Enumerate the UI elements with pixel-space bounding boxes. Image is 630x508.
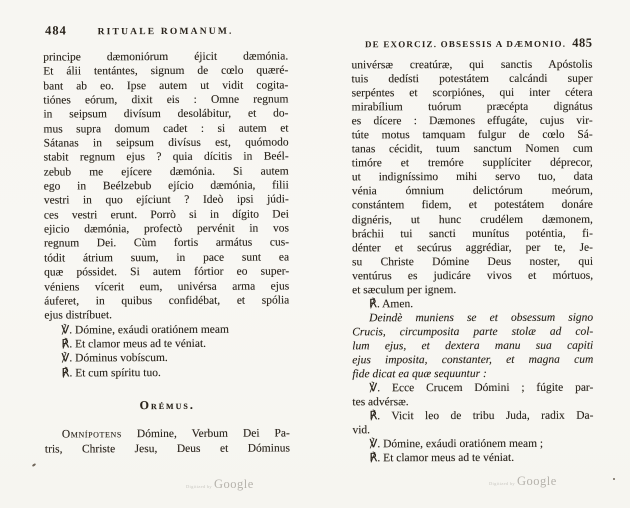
versicle-block-left: ℣. Dómine, exáudi oratiónem meam ℟. Et c…	[44, 322, 289, 380]
text-line: tuis dedísti potestátem calcándi super	[352, 72, 593, 87]
gospel-paragraph: principe dæmoniórum éjicit dæmónia. Et á…	[43, 49, 289, 323]
prayer-continuation-paragraph: univérsæ creatúræ, qui sanctis Apóstolis…	[351, 58, 593, 297]
versicle-line: ℣. Dómine, exáudi oratiónem meam ;	[352, 437, 593, 452]
prayer-incipit: Omnípotens	[62, 428, 122, 440]
text-line: univérsæ creatúræ, qui sanctis Apóstolis	[351, 58, 592, 73]
page-right-header: DE EXORCIZ. OBSESSIS A DÆMONIO.485	[351, 36, 592, 50]
rubric-paragraph: Deindè muniens se et obsessum signo Cruc…	[352, 311, 593, 382]
text-line: es dícere : Dæmones effugáte, cujus vir-	[352, 114, 593, 129]
text-line: timóre et tremóre supplíciter déprecor,	[352, 156, 593, 171]
text-line: zebub me ejícere dæmónia. Si autem	[44, 164, 289, 179]
google-logo: Google	[517, 474, 557, 489]
book-scan: 484 RITUALE ROMANUM. principe dæmoniórum…	[0, 0, 630, 508]
text-line: Sátanas in seipsum divísus est, quómodo	[44, 136, 289, 151]
watermark-prefix: Digitized by	[186, 484, 212, 489]
page-number-right: 485	[572, 36, 592, 50]
ink-speck	[32, 463, 36, 467]
text-line: véniens vícerit eum, univérsa arma ejus	[44, 279, 289, 294]
page-left: 484 RITUALE ROMANUM. principe dæmoniórum…	[43, 23, 290, 456]
rubric-line: fide dicat ea quæ sequuntur :	[352, 367, 593, 382]
text-line: Omnípotens Dómine, Verbum Dei Pa-	[45, 426, 290, 442]
text-line: in seipsum divísum desolábitur, et do-	[43, 107, 288, 122]
amen-response-line: ℟. Amen.	[352, 296, 593, 311]
ink-speck	[613, 478, 615, 480]
text-line: et sæculum per ignem.	[352, 282, 593, 297]
text-line: quæ póssidet. Si autem fórtior eo super-	[44, 265, 289, 280]
text-line: tiónes eórum, dixit eis : Omne regnum	[43, 92, 288, 107]
text-line: áuferet, in quibus confidébat, et spólia	[44, 293, 289, 308]
oremus-heading: Orémus.	[45, 397, 290, 413]
rubric-line: ejus imposita, constanter, et magna cum	[352, 353, 593, 368]
google-watermark: Digitized by Google	[186, 477, 254, 492]
google-watermark: Digitized by Google	[489, 474, 557, 489]
response-line: ℟. Et clamor meus ad te véniat.	[353, 451, 594, 466]
text-line: vestri in quo ejíciunt ? Ideò ipsi júdi-	[44, 193, 289, 208]
google-logo: Google	[214, 477, 254, 492]
rubric-line: Deindè muniens se et obsessum signo	[352, 311, 593, 326]
running-title-left: RITUALE ROMANUM.	[43, 23, 288, 37]
versicle-line: ℣. Dóminus vobíscum.	[44, 351, 289, 366]
rubric-line: Crucis, circumposita parte stolæ ad col-	[352, 325, 593, 340]
page-left-header: 484 RITUALE ROMANUM.	[43, 23, 288, 38]
text-line: ces vestri erunt. Porrò si in dígito Dei	[44, 207, 289, 222]
text-line: ventúrus es judicáre vivos et mórtuos,	[352, 268, 593, 283]
text-line: su Christe Dómine Deus noster, qui	[352, 254, 593, 269]
text-line: dénter et secúrus aggrédiar, per te, Je-	[352, 240, 593, 255]
response-line: ℟. Vicit leo de tribu Juda, radix Da-	[352, 409, 593, 424]
watermark-prefix: Digitized by	[489, 481, 515, 486]
text-line: bráchii tui sancti munítus poténtia, fi-	[352, 226, 593, 241]
text-line: ejicio dæmónia, profectò pervénit in vos	[44, 222, 289, 237]
versicle-line: ℣. Ecce Crucem Dómini ; fúgite par-	[352, 381, 593, 396]
page-right: DE EXORCIZ. OBSESSIS A DÆMONIO.485 univé…	[351, 36, 593, 466]
versicle-line: ℣. Dómine, exáudi oratiónem meam	[44, 322, 289, 337]
text-line: mirabílium tuórum præcépta dignátus	[352, 100, 593, 115]
text-line: bant ab eo. Ipse autem ut vidit cogita-	[43, 78, 288, 93]
text-line: principe dæmoniórum éjicit dæmónia.	[43, 49, 288, 64]
text-line: túte motus tamquam fulgur de cœlo Sá-	[352, 128, 593, 143]
response-line: ℟. Et cum spíritu tuo.	[45, 365, 290, 380]
response-line: ℟. Et clamor meus ad te véniat.	[44, 336, 289, 351]
running-title-right: DE EXORCIZ. OBSESSIS A DÆMONIO.	[365, 39, 566, 50]
rubric-line: lum ejus, et dextera manu sua capiti	[352, 339, 593, 354]
text-line: serpéntes et scorpiónes, qui inter céter…	[352, 86, 593, 101]
text-line: constántem fidem, et potestátem donáre	[352, 198, 593, 213]
text-line: stabit regnum ejus ? quia dícitis in Beé…	[44, 150, 289, 165]
text-line: ego in Beélzebub ejício dæmónia, filii	[44, 179, 289, 194]
text-line: Et álii tentántes, signum de cœlo quæré-	[43, 64, 288, 79]
versicle-block-right: ℣. Ecce Crucem Dómini ; fúgite par- tes …	[352, 381, 593, 466]
text-line: tanas cécidit, tuum sanctum Nomen cum	[352, 142, 593, 157]
text-line: tris, Christe Jesu, Deus et Dóminus	[45, 441, 290, 457]
page-number-left: 484	[45, 23, 67, 38]
prayer-line-rest: Dómine, Verbum Dei Pa-	[122, 427, 290, 440]
response-line: vid.	[352, 423, 593, 438]
versicle-line: tes advérsæ.	[352, 395, 593, 410]
text-line: dignéris, ut hunc crudélem dæmonem,	[352, 212, 593, 227]
text-line: ejus distríbuet.	[44, 308, 289, 323]
text-line: ut indigníssimo mihi servo tuo, data	[352, 170, 593, 185]
text-line: mus supra domum cadet : si autem et	[43, 121, 288, 136]
text-line: tódit átrium suum, in pace sunt ea	[44, 250, 289, 265]
text-line: vénia ómnium delictórum meórum,	[352, 184, 593, 199]
prayer-paragraph: Omnípotens Dómine, Verbum Dei Pa- tris, …	[45, 426, 290, 456]
text-line: regnum Dei. Cùm fortis armátus cus-	[44, 236, 289, 251]
